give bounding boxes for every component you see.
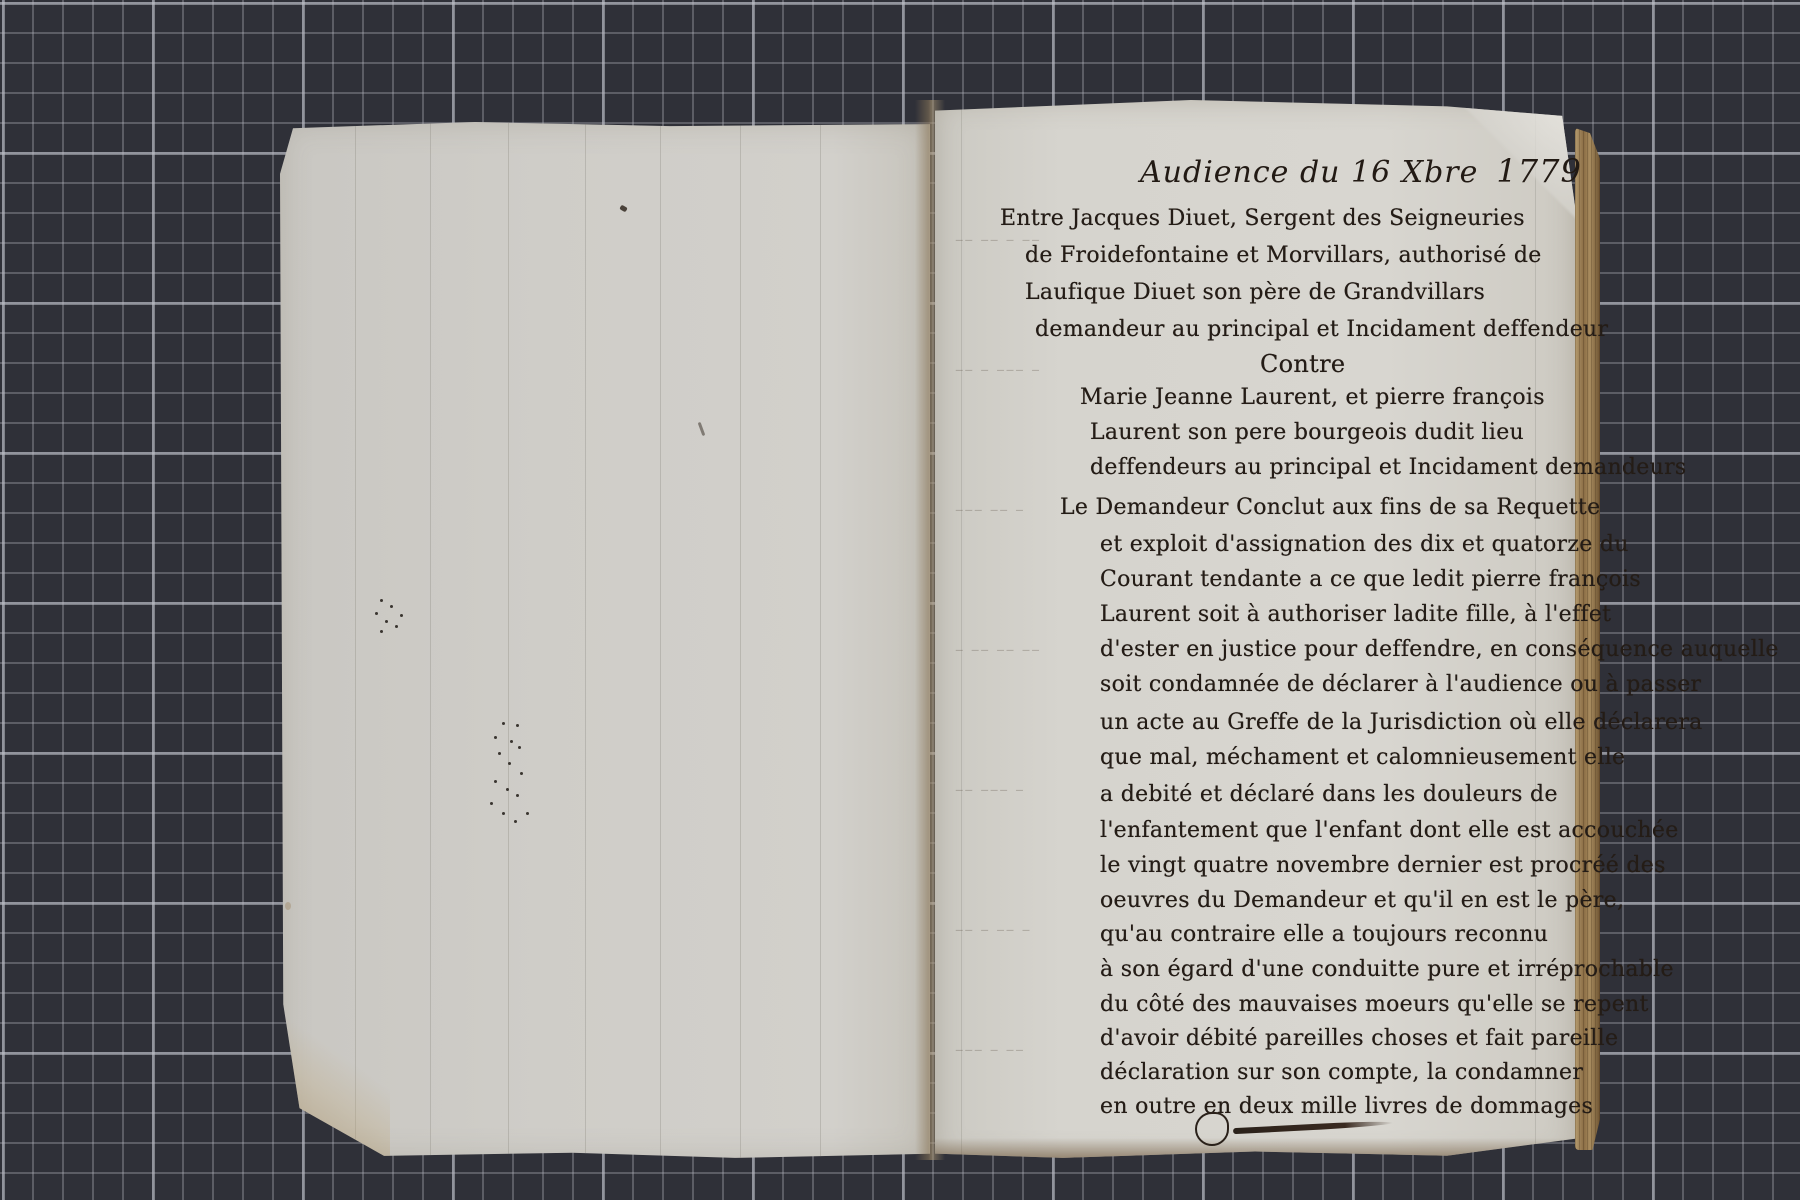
text-line: l'enfantement que l'enfant dont elle est… xyxy=(1100,818,1679,843)
text-line: qu'au contraire elle a toujours reconnu xyxy=(1100,922,1548,947)
text-line: déclaration sur son compte, la condamner xyxy=(1100,1060,1583,1085)
text-line: et exploit d'assignation des dix et quat… xyxy=(1100,532,1629,557)
text-line: d'ester en justice pour deffendre, en co… xyxy=(1100,637,1779,662)
text-line: à son égard d'une conduitte pure et irré… xyxy=(1100,957,1674,982)
text-line: le vingt quatre novembre dernier est pro… xyxy=(1100,853,1666,878)
text-line: soit condamnée de déclarer à l'audience … xyxy=(1100,672,1701,697)
corner-damage xyxy=(280,990,390,1160)
text-line: du côté des mauvaises moeurs qu'elle se … xyxy=(1100,992,1649,1017)
session-heading: Audience du 16 Xbre1779 xyxy=(1140,152,1582,190)
heading-title: Audience du 16 Xbre xyxy=(1140,155,1478,190)
paraph-flourish-icon xyxy=(1195,1112,1229,1146)
text-line: oeuvres du Demandeur et qu'il en est le … xyxy=(1100,888,1624,913)
text-line-contra: Contre xyxy=(1260,350,1345,378)
text-line: deffendeurs au principal et Incidament d… xyxy=(1090,455,1687,480)
text-line: Le Demandeur Conclut aux fins de sa Requ… xyxy=(1060,495,1600,520)
text-line: d'avoir débité pareilles choses et fait … xyxy=(1100,1026,1618,1051)
text-line: a debité et déclaré dans les douleurs de xyxy=(1100,782,1558,807)
text-line: un acte au Greffe de la Jurisdiction où … xyxy=(1100,710,1703,735)
text-line: que mal, méchament et calomnieusement el… xyxy=(1100,745,1625,770)
text-line: de Froidefontaine et Morvillars, authori… xyxy=(1025,243,1542,268)
text-line: demandeur au principal et Incidament def… xyxy=(1035,317,1608,342)
text-line: Laurent son pere bourgeois dudit lieu xyxy=(1090,420,1524,445)
left-page-blank xyxy=(280,122,930,1160)
manuscript-photo: –– –– – –– –– – ––– – ––– –– – – –– –– –… xyxy=(0,0,1800,1200)
heading-year: 1779 xyxy=(1496,152,1581,190)
water-stain xyxy=(935,1138,1575,1160)
text-line: Entre Jacques Diuet, Sergent des Seigneu… xyxy=(1000,206,1525,231)
text-line: Laufique Diuet son père de Grandvillars xyxy=(1025,280,1485,305)
text-line: Marie Jeanne Laurent, et pierre françois xyxy=(1080,385,1545,410)
text-line: en outre en deux mille livres de dommage… xyxy=(1100,1094,1593,1119)
text-line: Courant tendante a ce que ledit pierre f… xyxy=(1100,567,1641,592)
text-line: Laurent soit à authoriser ladite fille, … xyxy=(1100,602,1611,627)
